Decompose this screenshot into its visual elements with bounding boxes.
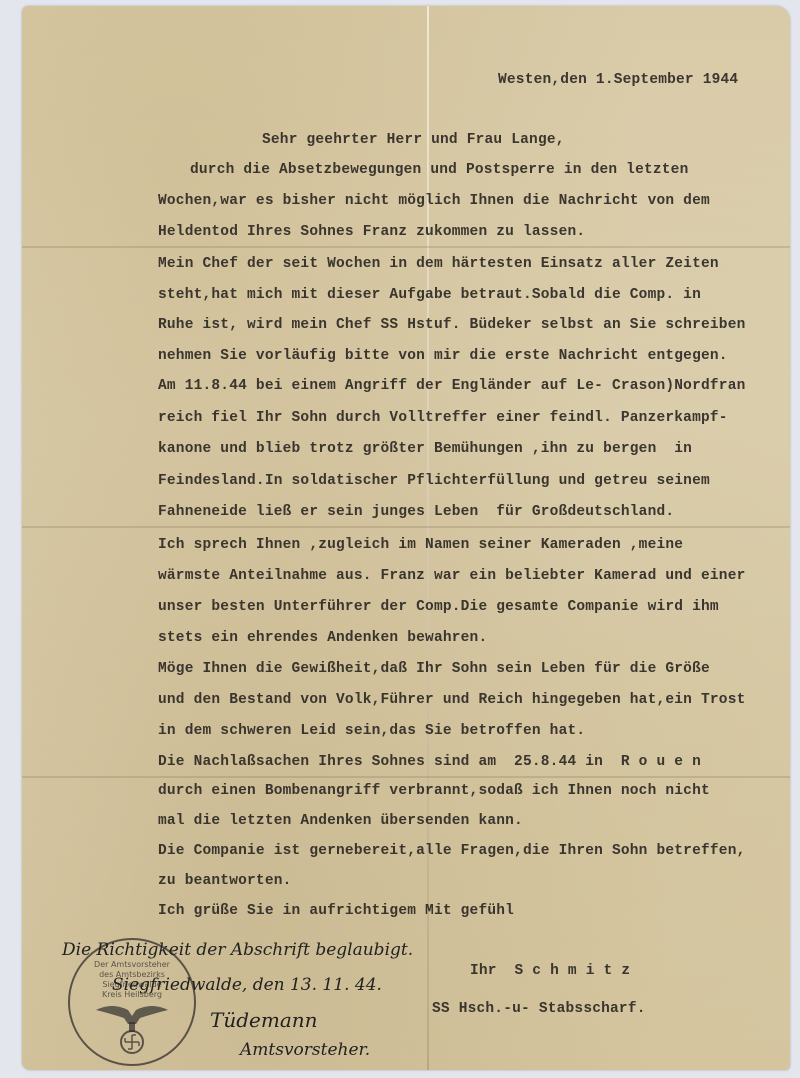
- body-line: steht,hat mich mit dieser Aufgabe betrau…: [158, 287, 701, 303]
- body-line: Fahneneide ließ er sein junges Leben für…: [158, 504, 674, 520]
- body-line: Ich sprech Ihnen ,zugleich im Namen sein…: [158, 537, 683, 553]
- body-line: unser besten Unterführer der Comp.Die ge…: [158, 599, 719, 615]
- body-line: Am 11.8.44 bei einem Angriff der Engländ…: [158, 378, 746, 394]
- body-line: durch die Absetzbewegungen und Postsperr…: [190, 162, 688, 178]
- body-line: kanone und blieb trotz größter Bemühunge…: [158, 441, 692, 457]
- horizontal-fold: [22, 246, 790, 248]
- salutation: Sehr geehrter Herr und Frau Lange,: [262, 132, 565, 148]
- certification-line: Die Richtigkeit der Abschrift beglaubigt…: [62, 940, 413, 960]
- body-line: Feindesland.In soldatischer Pflichterfül…: [158, 473, 710, 489]
- body-line: wärmste Anteilnahme aus. Franz war ein b…: [158, 568, 746, 584]
- certification-place-date: Siegfriedwalde, den 13. 11. 44.: [112, 975, 382, 995]
- body-line: in dem schweren Leid sein,das Sie betrof…: [158, 723, 585, 739]
- body-line: zu beantworten.: [158, 873, 292, 889]
- eagle-emblem-icon: [92, 998, 172, 1058]
- body-line: und den Bestand von Volk,Führer und Reic…: [158, 692, 746, 708]
- body-line: Die Companie ist gernebereit,alle Fragen…: [158, 843, 746, 859]
- stamp-text: Der Amtsvorsteher: [70, 960, 194, 970]
- horizontal-fold: [22, 776, 790, 778]
- horizontal-fold: [22, 526, 790, 528]
- body-line: Ich grüße Sie in aufrichtigem Mit gefühl: [158, 903, 514, 919]
- body-line: Möge Ihnen die Gewißheit,daß Ihr Sohn se…: [158, 661, 710, 677]
- body-line: Die Nachlaßsachen Ihres Sohnes sind am 2…: [158, 754, 701, 770]
- body-line: nehmen Sie vorläufig bitte von mir die e…: [158, 348, 728, 364]
- certification-signature: Tüdemann: [210, 1008, 318, 1032]
- body-line: Heldentod Ihres Sohnes Franz zukommen zu…: [158, 224, 585, 240]
- closing: Ihr S c h m i t z: [470, 963, 630, 979]
- certification-title: Amtsvorsteher.: [240, 1040, 370, 1060]
- dateline: Westen,den 1.September 1944: [498, 72, 738, 88]
- body-line: Mein Chef der seit Wochen in dem härtest…: [158, 256, 719, 272]
- body-line: stets ein ehrendes Andenken bewahren.: [158, 630, 487, 646]
- body-line: durch einen Bombenangriff verbrannt,soda…: [158, 783, 710, 799]
- rank: SS Hsch.-u- Stabsscharf.: [432, 1001, 646, 1017]
- body-line: Wochen,war es bisher nicht möglich Ihnen…: [158, 193, 710, 209]
- body-line: Ruhe ist, wird mein Chef SS Hstuf. Büdek…: [158, 317, 746, 333]
- body-line: reich fiel Ihr Sohn durch Volltreffer ei…: [158, 410, 728, 426]
- body-line: mal die letzten Andenken übersenden kann…: [158, 813, 523, 829]
